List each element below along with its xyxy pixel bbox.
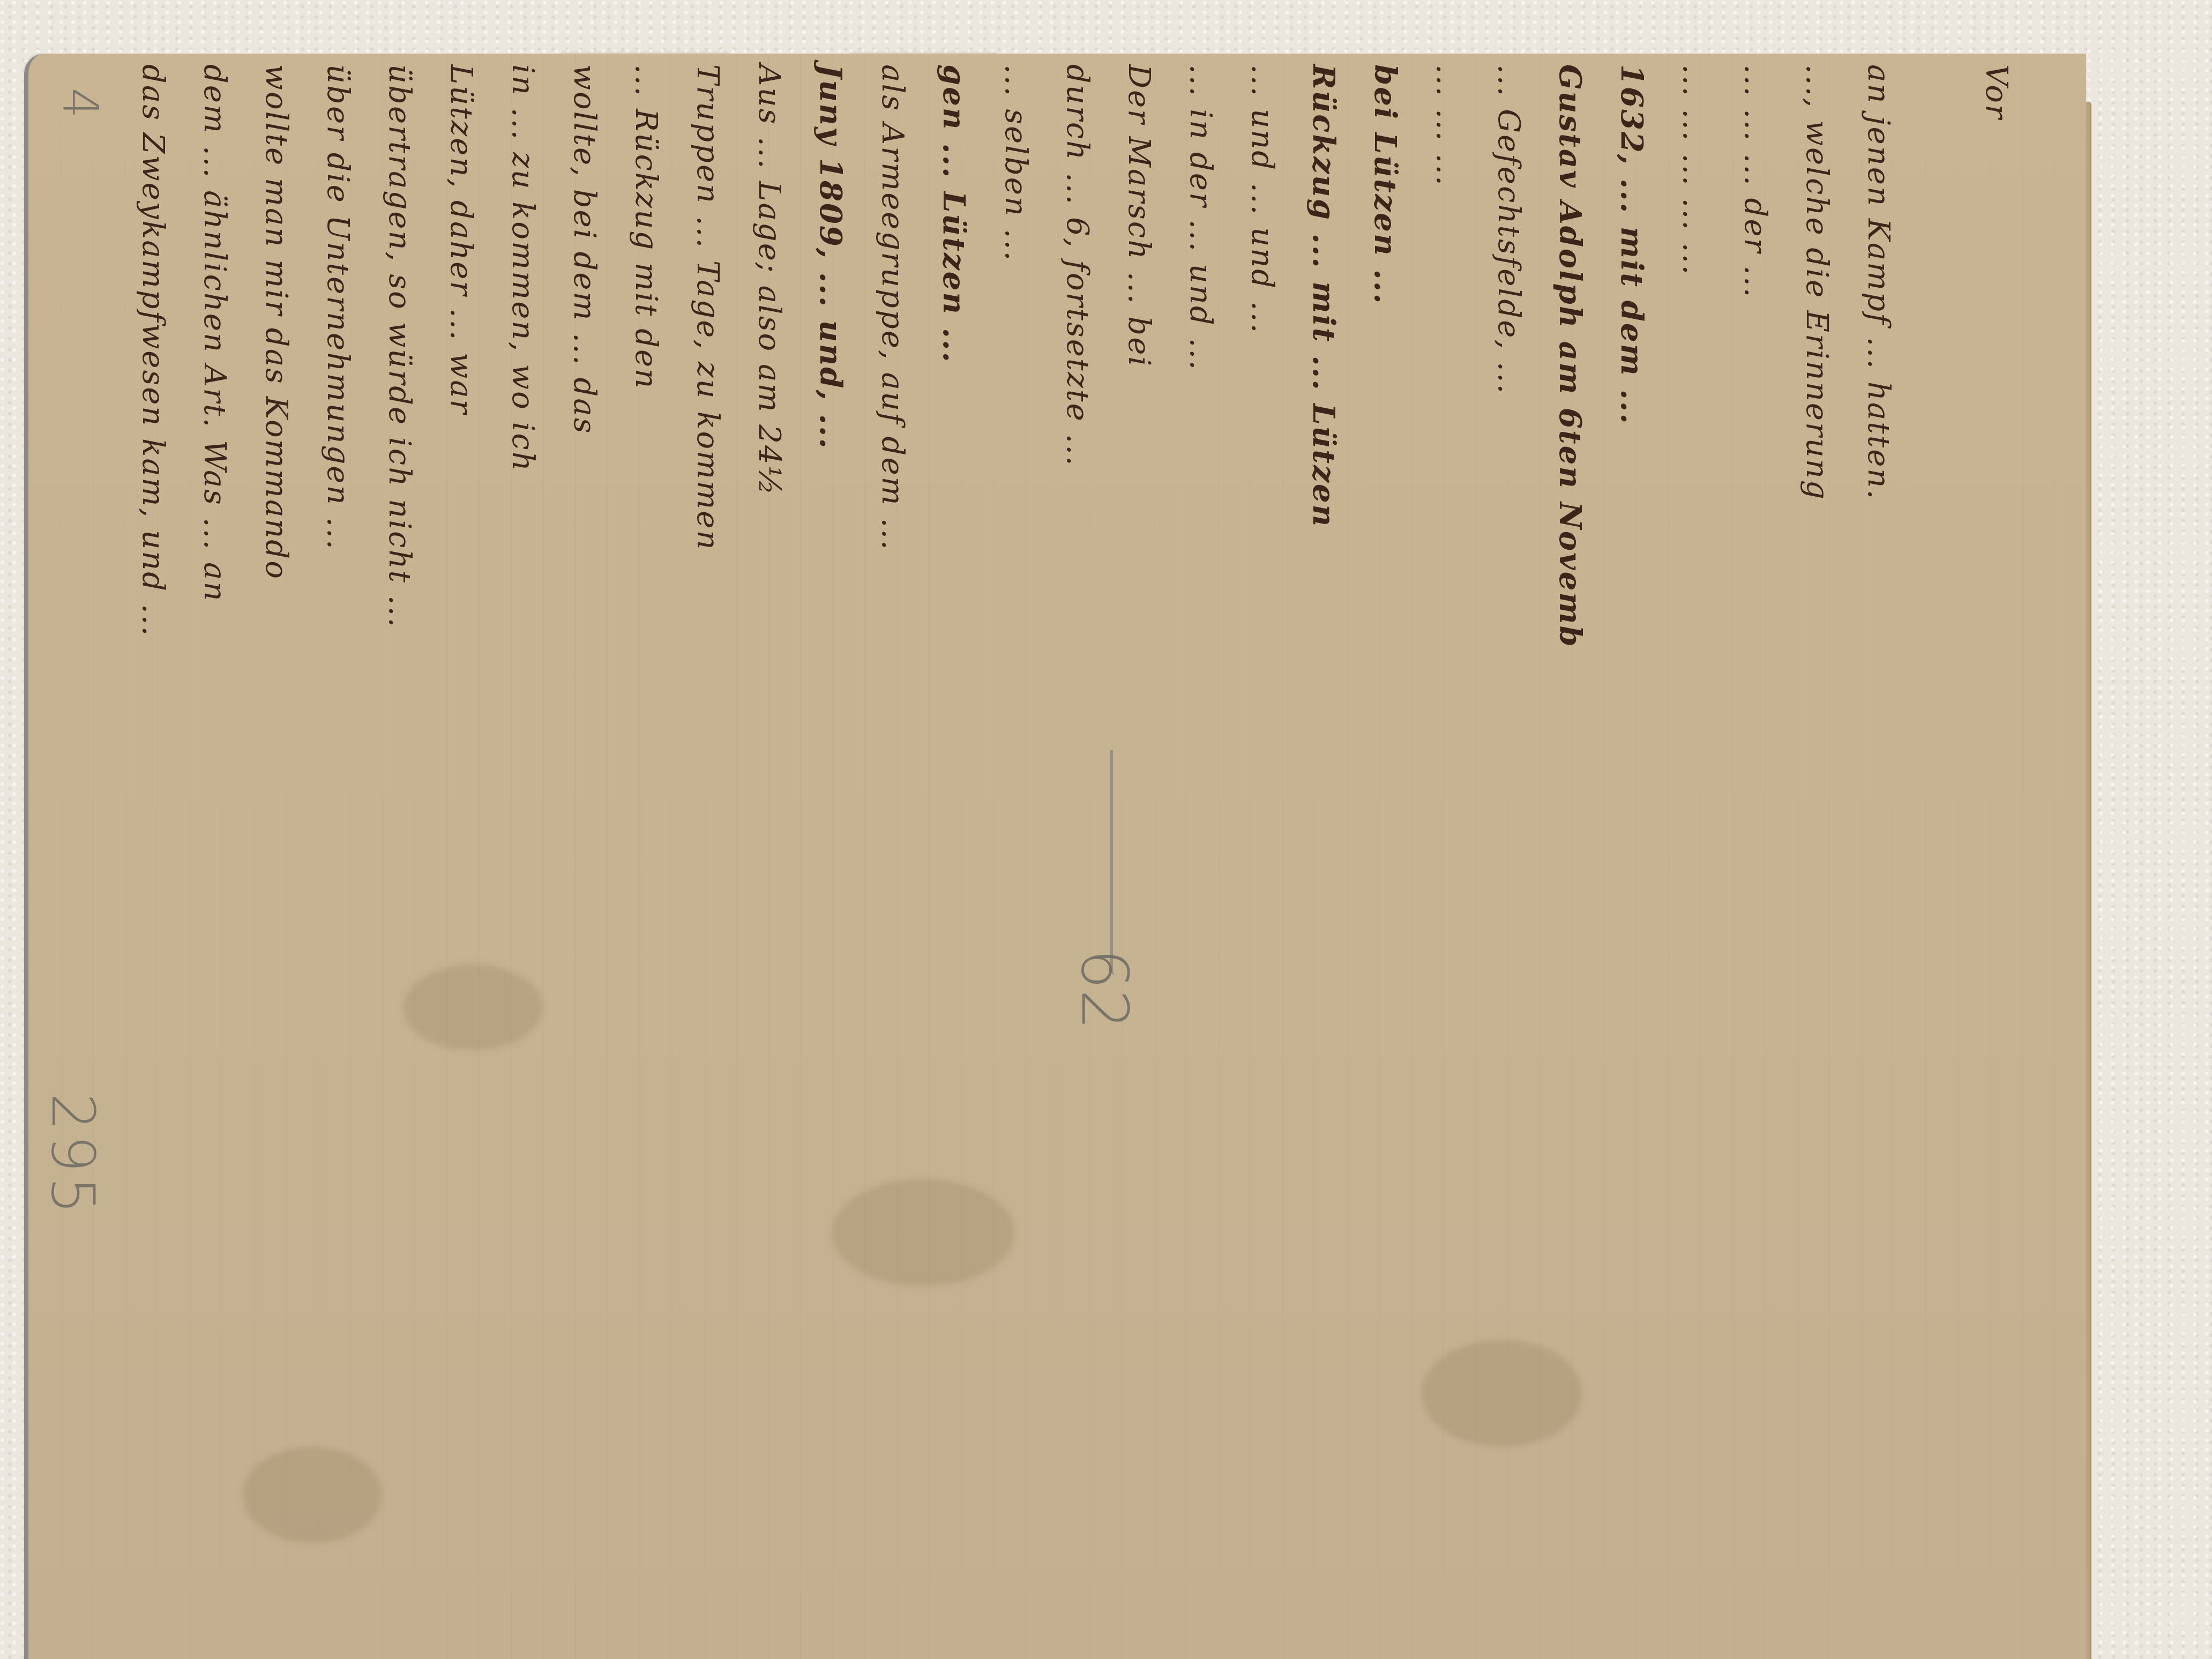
- text-line: ... ... ... ... ...: [1675, 64, 1712, 276]
- text-line: als Armeegruppe, auf dem ...: [873, 64, 911, 551]
- manuscript-text: das Zweykampfwesen kam, und ... dem ... …: [107, 64, 1983, 900]
- text-line: bei Lützen ...: [1366, 64, 1404, 305]
- pencil-note: 62: [1067, 948, 1141, 1030]
- text-line: ... ... ...: [1428, 64, 1466, 187]
- text-line: Der Marsch ... bei: [1120, 64, 1157, 368]
- text-line: Aus ... Lage; also am 24½: [750, 64, 788, 497]
- foxing-stain: [1422, 1340, 1582, 1447]
- page-number: 295: [39, 1093, 107, 1219]
- text-line: ... in der ... und ...: [1182, 64, 1219, 371]
- text-line: Gustav Adolph am 6ten Novemb: [1551, 64, 1589, 648]
- text-line: übertragen, so würde ich nicht ...: [380, 64, 418, 629]
- text-line: gen ... Lützen ...: [935, 64, 973, 364]
- text-line: ... ... ... der ...: [1736, 64, 1774, 299]
- text-line: an jenen Kampf ... hatten.: [1859, 64, 1897, 500]
- text-line: in ... zu kommen, wo ich: [504, 64, 541, 473]
- folio-mark: 4: [51, 88, 108, 118]
- text-line: ... Gefechtsfelde, ...: [1490, 64, 1527, 395]
- catchword: Vor: [1983, 64, 2026, 171]
- text-line: 1632, ... mit dem ...: [1613, 64, 1650, 425]
- foxing-stain: [403, 965, 543, 1050]
- text-line: Juny 1809, ... und, ...: [812, 64, 849, 450]
- text-line: durch ... 6, fortsetzte ...: [1058, 64, 1096, 467]
- text-line: über die Unternehmungen ...: [319, 64, 356, 551]
- text-line: wollte man mir das Kommando: [257, 64, 295, 580]
- text-line: ..., welche die Erinnerung: [1798, 64, 1835, 501]
- text-line: das Zweykampfwesen kam, und ...: [134, 64, 171, 637]
- foxing-stain: [832, 1179, 1014, 1286]
- text-line: ... Rückzug mit den: [627, 64, 664, 390]
- catchword-text: Vor: [1977, 64, 2015, 121]
- text-line: Rückzug ... mit ... Lützen: [1305, 64, 1342, 528]
- text-line: ... selben ...: [997, 64, 1034, 262]
- text-line: Lützen, daher ... war: [442, 64, 480, 415]
- foxing-stain: [243, 1447, 382, 1543]
- text-line: Truppen ... Tage, zu kommen: [689, 64, 726, 551]
- text-line: wollte, bei dem ... das: [565, 64, 603, 435]
- text-line: dem ... ähnlichen Art. Was ... an: [196, 64, 233, 602]
- text-line: ... und ... und ...: [1243, 64, 1281, 334]
